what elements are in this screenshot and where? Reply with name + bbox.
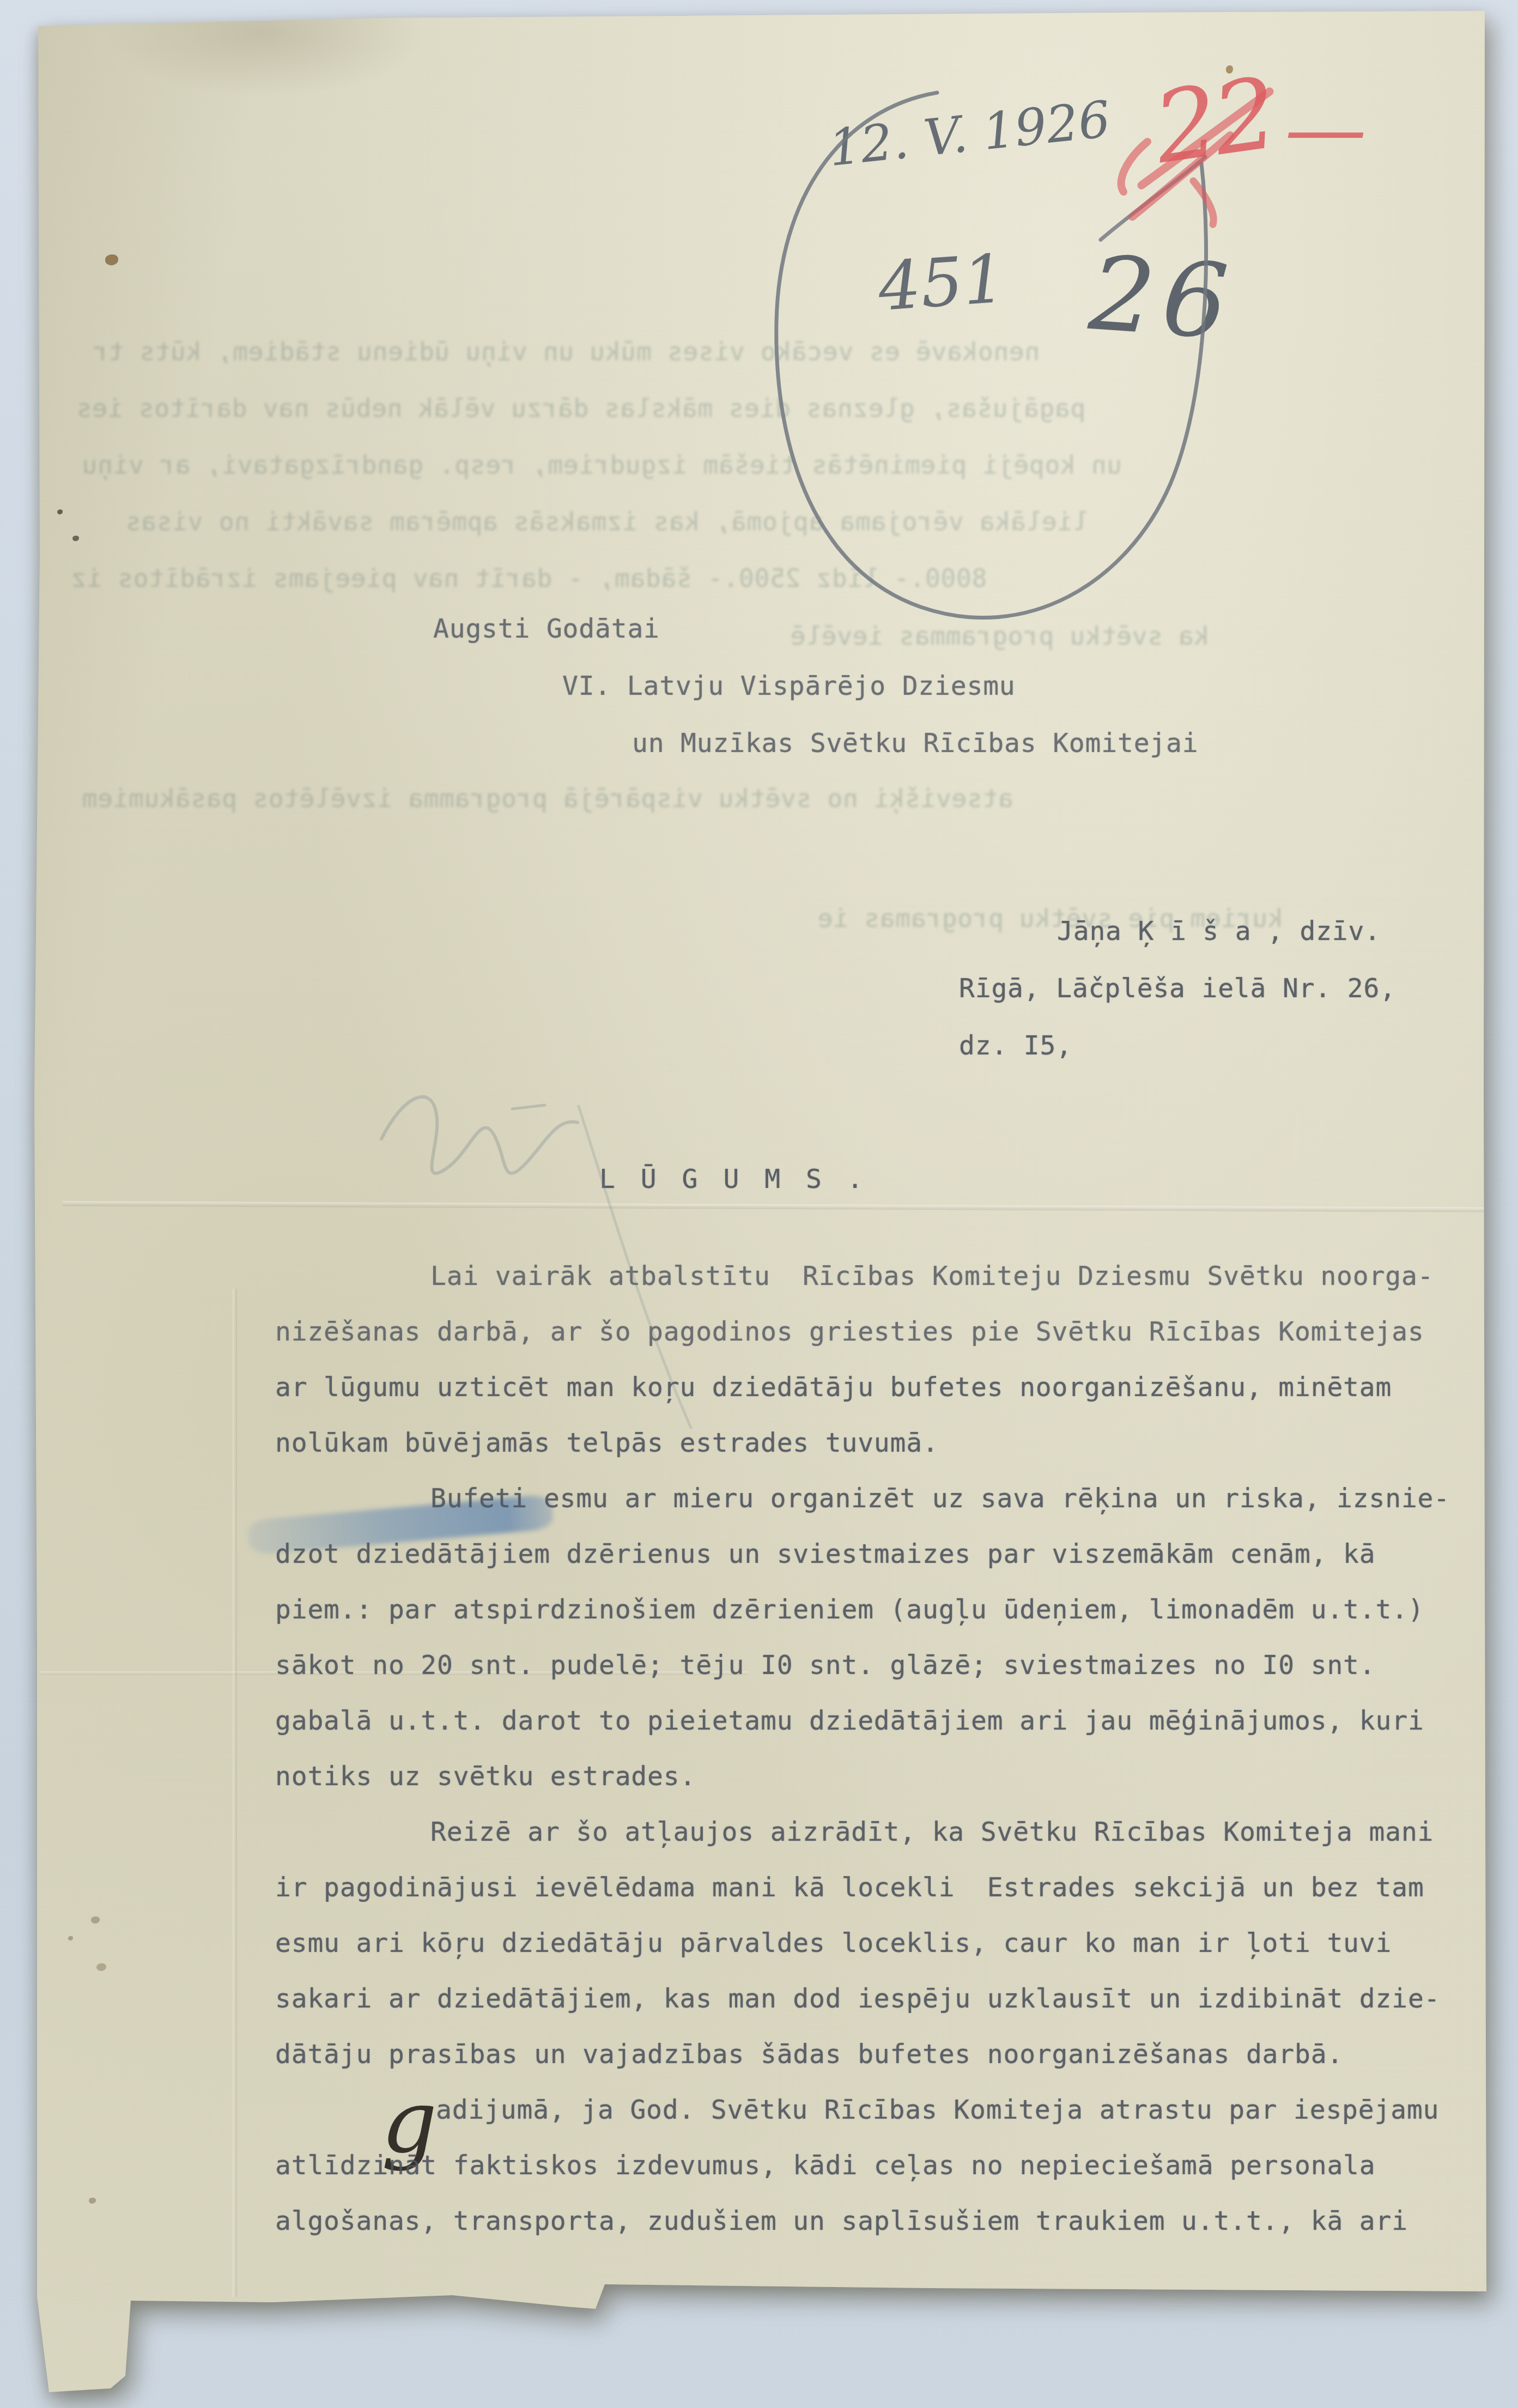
bleedthrough-signature-squiggle [381,1097,691,1428]
pencil-circle-stroke [776,93,1206,618]
handwriting-strokes-overlay [0,0,1518,2408]
red-crossout-strokes [1121,92,1270,225]
